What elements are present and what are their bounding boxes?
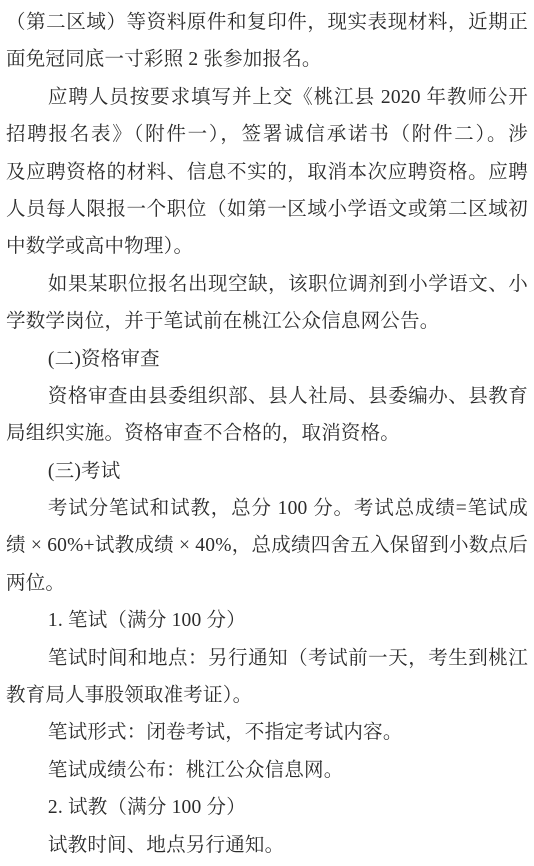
text-line: 资格审查由县委组织部、县人社局、县委编办、县教育: [6, 378, 528, 415]
document-page: （第二区域）等资料原件和复印件，现实表现材料，近期正 面免冠同底一寸彩照 2 张…: [0, 0, 534, 866]
text-line: 绩 × 60%+试教成绩 × 40%，总成绩四舍五入保留到小数点后: [6, 527, 528, 564]
text-line: 应聘人员按要求填写并上交《桃江县 2020 年教师公开: [6, 79, 528, 116]
text-line: 招聘报名表》（附件一），签署诚信承诺书（附件二）。涉: [6, 116, 528, 153]
section-heading: (三)考试: [6, 453, 528, 490]
text-line: 教育局人事股领取准考证）。: [6, 677, 528, 714]
text-line: 两位。: [6, 565, 528, 602]
text-line: （第二区域）等资料原件和复印件，现实表现材料，近期正: [6, 4, 528, 41]
text-line: 局组织实施。资格审查不合格的，取消资格。: [6, 415, 528, 452]
text-line: 如果某职位报名出现空缺，该职位调剂到小学语文、小: [6, 266, 528, 303]
section-heading: (二)资格审查: [6, 341, 528, 378]
text-line: 中数学或高中物理）。: [6, 228, 528, 265]
text-line: 考试分笔试和试教，总分 100 分。考试总成绩=笔试成: [6, 490, 528, 527]
text-line: 面免冠同底一寸彩照 2 张参加报名。: [6, 41, 528, 78]
text-line: 学数学岗位，并于笔试前在桃江公众信息网公告。: [6, 303, 528, 340]
text-line: 人员每人限报一个职位（如第一区域小学语文或第二区域初: [6, 191, 528, 228]
text-line: 笔试形式：闭卷考试，不指定考试内容。: [6, 714, 528, 751]
text-line: 笔试时间和地点：另行通知（考试前一天，考生到桃江: [6, 640, 528, 677]
text-line: 及应聘资格的材料、信息不实的，取消本次应聘资格。应聘: [6, 154, 528, 191]
subsection-heading: 2. 试教（满分 100 分）: [6, 789, 528, 826]
text-line: 笔试成绩公布：桃江公众信息网。: [6, 752, 528, 789]
text-line: 试教时间、地点另行通知。: [6, 827, 528, 864]
subsection-heading: 1. 笔试（满分 100 分）: [6, 602, 528, 639]
